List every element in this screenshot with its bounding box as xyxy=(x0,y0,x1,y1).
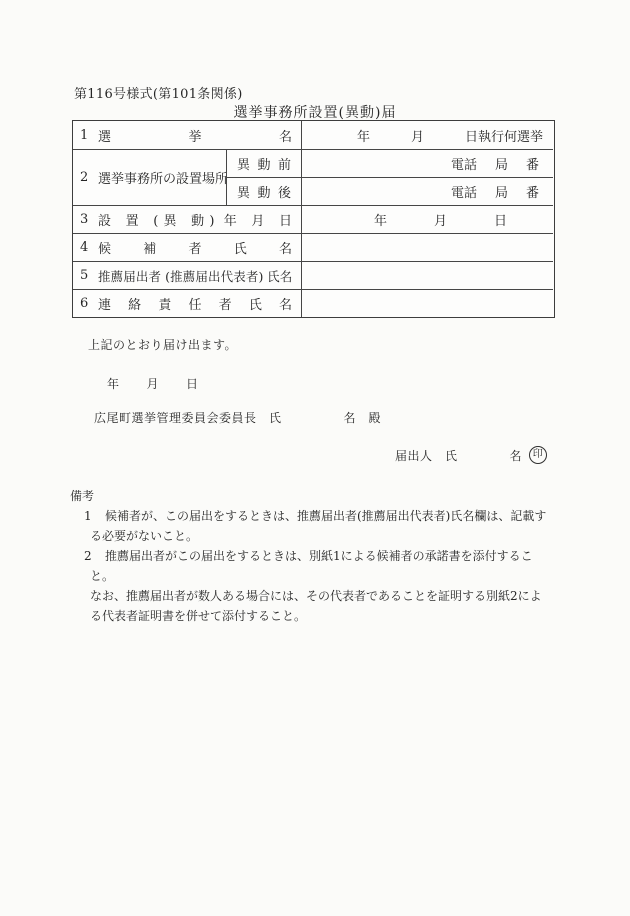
remark-item-1: 1 候補者が、この届出をするときは、推薦届出者(推薦届出代表者)氏名欄は、記載す… xyxy=(90,506,556,546)
remarks-heading: 備考 xyxy=(70,486,556,506)
row3-label-cell: 3 設 置 (異 動) 年 月 日 xyxy=(73,205,301,233)
applicant-label: 届出人 氏 xyxy=(395,447,458,464)
row6-label: 連 絡 責 任 者 氏 名 xyxy=(98,294,292,313)
row1-year-label: 年 xyxy=(357,126,370,145)
date-year-label: 年 xyxy=(107,375,120,392)
row2-before-label: 異 動 前 xyxy=(237,154,291,173)
submission-date-line: 年 月 日 xyxy=(107,375,199,392)
number-label-after: 番 xyxy=(526,182,539,201)
applicant-line: 届出人 氏 名 印 xyxy=(395,446,547,464)
row2-after-label: 異 動 後 xyxy=(237,182,291,201)
row5-label-cell: 5 推薦届出者 (推薦届出代表者) 氏名 xyxy=(73,261,301,289)
date-month-label: 月 xyxy=(147,375,160,392)
phone-label-before: 電話 xyxy=(451,154,477,173)
row3-day-label: 日 xyxy=(494,210,507,229)
row2-after-value-cell: 電話 局 番 xyxy=(301,177,553,205)
remarks-section: 備考 1 候補者が、この届出をするときは、推薦届出者(推薦届出代表者)氏名欄は、… xyxy=(70,486,556,626)
remark-1-line-2: る必要がないこと。 xyxy=(90,526,556,546)
row2-before-cell: 異 動 前 xyxy=(226,149,301,177)
row6-label-cell: 6 連 絡 責 任 者 氏 名 xyxy=(73,289,301,317)
remark-1-line-1: 候補者が、この届出をするときは、推薦届出者(推薦届出代表者)氏名欄は、記載す xyxy=(90,506,556,526)
row6-number: 6 xyxy=(80,296,98,311)
row3-year-label: 年 xyxy=(374,210,387,229)
addressee-givenname-honorific: 名 殿 xyxy=(344,409,382,426)
form-document-page: 第116号様式(第101条関係) 選挙事務所設置(異動)届 1 選 挙 名 年 … xyxy=(0,0,630,916)
row2-after-cell: 異 動 後 xyxy=(226,177,301,205)
number-label-before: 番 xyxy=(526,154,539,173)
row6-value-cell xyxy=(301,289,553,317)
row5-label: 推薦届出者 (推薦届出代表者) 氏名 xyxy=(98,267,292,285)
row3-label: 設 置 (異 動) 年 月 日 xyxy=(98,210,292,229)
declaration-text: 上記のとおり届け出ます。 xyxy=(88,336,237,353)
exchange-label-after: 局 xyxy=(495,182,508,201)
form-number: 第116号様式(第101条関係) xyxy=(74,83,243,102)
remark-2-line-2: なお、推薦届出者が数人ある場合には、その代表者であることを証明する別紙2によ xyxy=(90,586,556,606)
addressee-line: 広尾町選挙管理委員会委員長 氏 名 殿 xyxy=(94,409,381,426)
applicant-name-label: 名 xyxy=(510,447,523,464)
row1-label-cell: 1 選 挙 名 xyxy=(73,121,301,149)
row5-value-cell xyxy=(301,261,553,289)
addressee-title-and-surname: 広尾町選挙管理委員会委員長 氏 xyxy=(94,409,282,426)
row1-month-label: 月 xyxy=(411,126,424,145)
remark-item-2: 2 推薦届出者がこの届出をするときは、別紙1による候補者の承諾書を添付すること。… xyxy=(90,546,556,626)
exchange-label-before: 局 xyxy=(495,154,508,173)
phone-label-after: 電話 xyxy=(451,182,477,201)
form-title: 選挙事務所設置(異動)届 xyxy=(0,102,630,122)
date-day-label: 日 xyxy=(186,375,199,392)
row4-value-cell xyxy=(301,233,553,261)
row1-day-suffix-label: 日執行何選挙 xyxy=(465,126,543,145)
row4-label-cell: 4 候 補 者 氏 名 xyxy=(73,233,301,261)
row4-label: 候 補 者 氏 名 xyxy=(98,238,292,257)
row3-month-label: 月 xyxy=(434,210,447,229)
seal-mark-icon: 印 xyxy=(529,446,547,464)
remark-2-line-3: る代表者証明書を併せて添付すること。 xyxy=(90,606,556,626)
remark-2-line-1: 推薦届出者がこの届出をするときは、別紙1による候補者の承諾書を添付すること。 xyxy=(90,546,556,586)
row1-label: 選 挙 名 xyxy=(98,126,292,145)
row2-label: 選挙事務所の設置場所 xyxy=(98,168,226,187)
form-table: 1 選 挙 名 年 月 日執行何選挙 2 選挙事務所の設置場所 異 動 前 電話… xyxy=(72,120,555,318)
row3-value-cell: 年 月 日 xyxy=(301,205,553,233)
row2-number: 2 xyxy=(80,170,98,185)
row2-label-cell: 2 選挙事務所の設置場所 xyxy=(73,149,226,205)
row1-value-cell: 年 月 日執行何選挙 xyxy=(301,121,553,149)
row1-number: 1 xyxy=(80,128,98,143)
remark-1-number: 1 xyxy=(84,506,92,526)
row5-number: 5 xyxy=(80,268,98,283)
row2-before-value-cell: 電話 局 番 xyxy=(301,149,553,177)
row3-number: 3 xyxy=(80,212,98,227)
remark-2-number: 2 xyxy=(84,546,92,566)
row4-number: 4 xyxy=(80,240,98,255)
seal-character: 印 xyxy=(533,450,544,460)
